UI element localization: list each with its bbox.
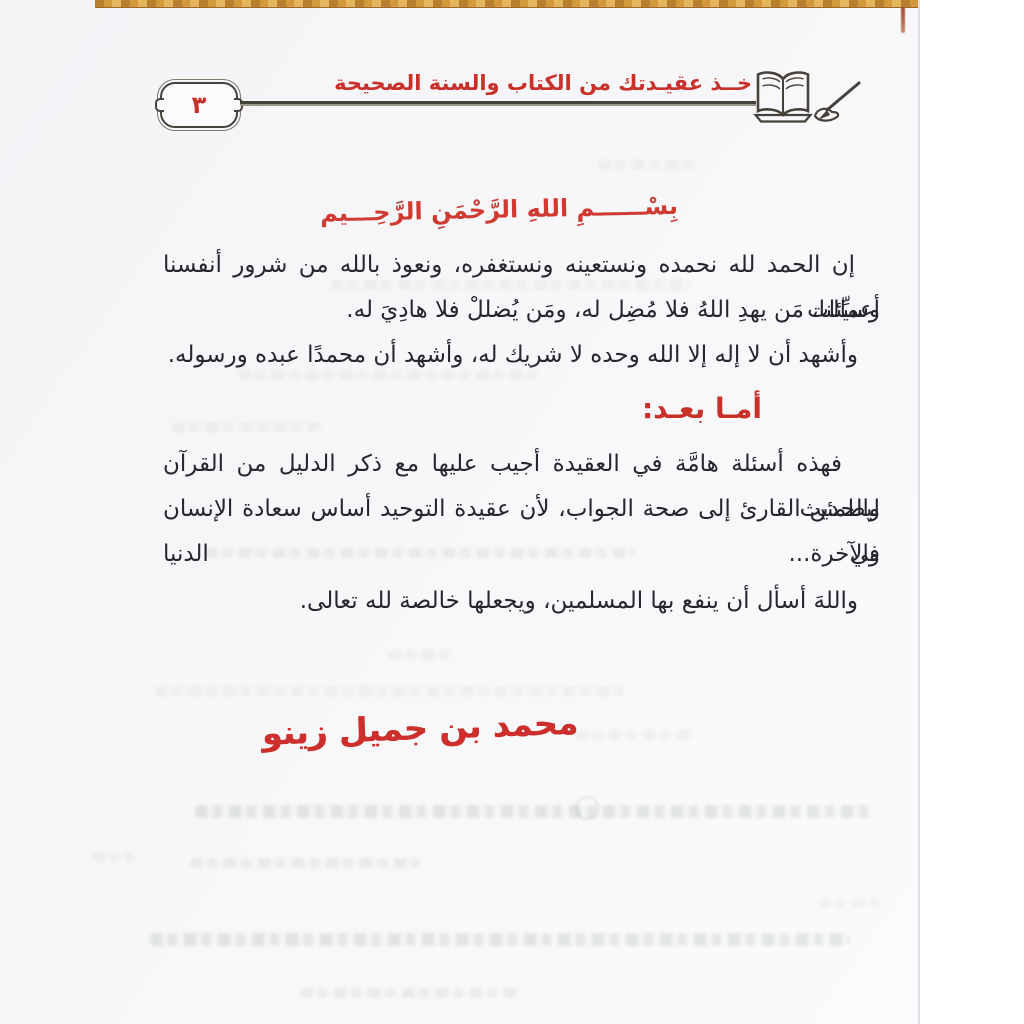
body-line: إن الحمد لله نحمده ونستعينه ونستغفره، ون… xyxy=(163,243,880,288)
page-edge-line xyxy=(918,0,920,1024)
body-line: واللهَ أسأل أن ينفع بها المسلمين، ويجعله… xyxy=(163,579,880,624)
body-line: ليطمئن القارئ إلى صحة الجواب، لأن عقيدة … xyxy=(163,487,880,532)
header-divider-rule xyxy=(240,101,756,106)
page-number: ٣ xyxy=(192,93,207,117)
scan-canvas: ٣ خــذ عقيـدتك من الكتاب والسنة الصحيحة … xyxy=(0,0,1024,1024)
amma-baad-heading: أمـا بعـد: xyxy=(163,384,880,436)
author-signature: محمد بن جميل زينو xyxy=(277,689,579,769)
body-line: وأشهد أن لا إله إلا الله وحده لا شريك له… xyxy=(163,333,880,378)
bleedthrough-ghost-line xyxy=(300,988,520,998)
open-book-icon xyxy=(752,68,814,130)
bleedthrough-ghost-line xyxy=(190,858,420,868)
bleedthrough-ghost-line xyxy=(388,650,450,660)
body-line: أعمالنا، مَن يهدِ اللهُ فلا مُضِل له، وم… xyxy=(163,288,880,333)
bleedthrough-ghost-mark xyxy=(575,796,599,820)
book-binding-strip xyxy=(95,0,918,8)
bleedthrough-ghost-line xyxy=(155,686,625,696)
body-text-column: إن الحمد لله نحمده ونستعينه ونستغفره، ون… xyxy=(163,243,880,624)
book-title-header: خــذ عقيـدتك من الكتاب والسنة الصحيحة xyxy=(430,68,752,100)
bleedthrough-ghost-line xyxy=(818,898,884,908)
writing-pen-icon xyxy=(810,80,862,132)
basmala-calligraphy: بِسْــــــمِ اللهِ الرَّحْمَنِ الرَّحِــ… xyxy=(377,181,678,239)
bleedthrough-ghost-line xyxy=(92,852,134,862)
bleedthrough-ghost-line xyxy=(598,160,698,170)
bleedthrough-ghost-line xyxy=(575,730,695,740)
body-line: فهذه أسئلة هامَّة في العقيدة أجيب عليها … xyxy=(163,442,880,487)
ink-drip-mark xyxy=(901,7,905,33)
page-number-cartouche: ٣ xyxy=(160,82,238,128)
bleedthrough-ghost-line xyxy=(195,805,875,818)
bleedthrough-ghost-line xyxy=(150,933,850,946)
